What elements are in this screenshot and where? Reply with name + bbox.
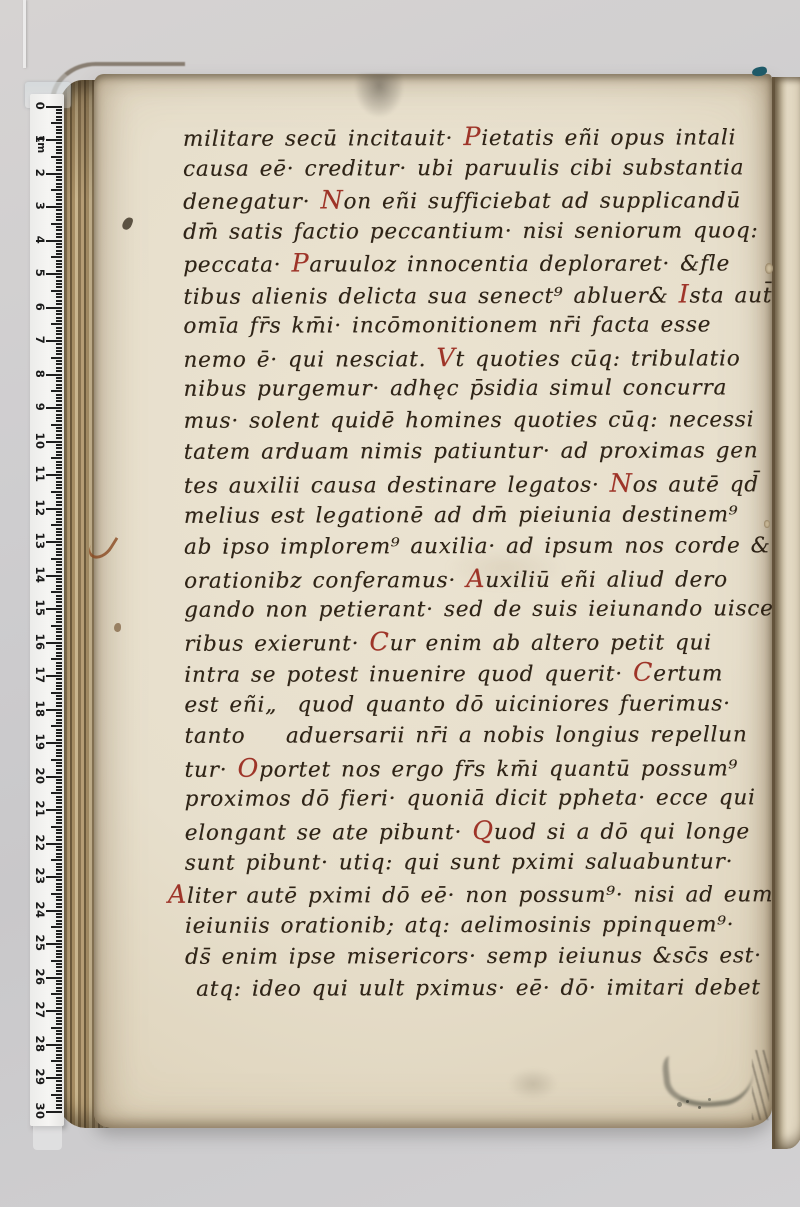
ruler-tick [51,558,62,560]
ruler-tick [56,796,63,798]
ruler-tick [56,816,63,818]
ruler-tick [56,183,63,185]
ruler-tick [51,156,62,158]
ruler-tick [56,755,63,757]
manuscript-line: nemo ē· qui nesciat. Vt quoties cūq: tri… [183,341,769,374]
ruler-tick [56,353,63,355]
ruler-tick [51,759,62,761]
ruler-tick [56,652,63,654]
ruler-tick [56,528,63,530]
ruler-tick [56,199,63,201]
ruler-tick [56,1047,63,1049]
ruler-number: 25 [33,932,47,954]
ruler-tick [56,665,63,667]
line-text: causa eē· creditur· ubi paruulis cibi su… [183,155,744,181]
ruler-tick [56,585,63,587]
ruler-tick [56,333,63,335]
ruler-tick [56,521,63,523]
ruler-tick [51,625,62,627]
line-text: peccata· [183,253,291,278]
ruler-number: 19 [33,731,47,753]
ruler-tick [51,256,62,258]
line-text: gando non petierant· sed de suis ieiunan… [184,596,774,623]
ruler-tick [56,417,63,419]
ruler-tick [56,732,63,734]
line-text: tibus alienis delicta sua senect⁹ abluer… [183,283,678,309]
ruler-tick [56,869,63,871]
ruler-number: 21 [33,798,47,820]
ruler-tick [56,920,63,922]
ruler-tick [56,789,63,791]
ruler-tick [56,360,63,362]
ruler-tick [56,832,63,834]
ruler-tick [56,430,63,432]
ruler-tick [56,186,63,188]
ruler-tick [56,889,63,891]
ruler-tick [56,722,63,724]
ruler-tick [56,605,63,607]
ruler-tick [56,829,63,831]
ruler-tick [56,752,63,754]
ruler-tail [33,1126,62,1150]
ruler-tick [56,370,63,372]
ruler-tick [56,467,63,469]
ruler-tick [56,779,63,781]
ruler-tick [56,380,63,382]
line-text: ur enim ab altero petit qui [390,630,712,656]
ruler-tick [56,1057,63,1059]
rubric-initial: V [436,342,455,372]
ruler-tick [51,290,62,292]
line-text: os autē qd̄ [633,472,759,497]
ruler-tick [56,662,63,664]
ruler-tick [51,424,62,426]
ruler-tick [46,642,62,644]
ruler-tick [56,132,63,134]
ruler-tick [56,819,63,821]
ruler-tick [56,561,63,563]
ruler-tick [56,715,63,717]
ruler-tick [46,407,62,409]
manuscript-line: mus· solent quidē homines quoties cūq: n… [184,404,770,437]
line-text: portet nos ergo fr̄s km̄i quantū possum⁹ [259,756,738,782]
line-text: ertum [653,662,723,687]
ruler-tick [56,1080,63,1082]
ruler-tick [51,826,62,828]
line-text: tur· [185,758,238,783]
ruler-tick [56,149,63,151]
ruler-tick [56,487,63,489]
line-text: t quoties cūq: tribulatio [455,346,740,372]
ruler-tick [56,209,63,211]
rubric-initial: A [168,879,187,909]
manuscript-line: peccata· Paruuloz innocentia deploraret·… [183,246,769,279]
line-text: nibus purgemur· adhęc p̄sidia simul conc… [184,376,728,402]
ruler-tick [51,189,62,191]
ruler-tick [56,987,63,989]
ruler-tick [46,1077,62,1079]
manuscript-line: Aliter autē pximi dō eē· non possum⁹· ni… [168,877,771,910]
ruler-number: 5 [33,262,47,284]
ruler-tick [56,668,63,670]
ruler-tick [56,745,63,747]
ruler-tick [56,1100,63,1102]
ruler-tick [56,631,63,633]
ruler-number: 28 [33,1033,47,1055]
ruler-tick [56,688,63,690]
ruler-tick [56,551,63,553]
ruler-tick [51,1094,62,1096]
ruler-tick [56,705,63,707]
ruler-tick [56,179,63,181]
ruler-number: 11 [33,463,47,485]
ruler-tick [56,109,63,111]
line-text: tes auxilii causa destinare legatos· [184,473,610,499]
ruler-tick [46,675,62,677]
ruler-tick [56,293,63,295]
line-text: mus· solent quidē homines quoties cūq: n… [184,407,755,433]
ruler-tick [56,233,63,235]
ruler-tick [56,484,63,486]
ruler-tick [56,266,63,268]
ruler-tick [56,377,63,379]
ruler-tick [56,511,63,513]
ruler-tick [46,843,62,845]
ruler-tick [56,166,63,168]
ruler-tick [46,943,62,945]
ruler-tick [56,554,63,556]
ruler-tick [56,1037,63,1039]
ruler-tick [56,853,63,855]
rubric-initial: C [633,657,653,687]
ruler-tick [56,300,63,302]
ruler-tick [56,152,63,154]
ruler-number: 18 [33,698,47,720]
ruler-tick [56,514,63,516]
ruler-tick [56,317,63,319]
ruler-tick [51,357,62,359]
ruler-number: 1 [33,128,47,150]
ruler-tick [56,1030,63,1032]
ruler-tick [51,993,62,995]
manuscript-line: tanto aduersarii nr̄i a nobis longius re… [184,720,770,753]
ruler-number: 14 [33,564,47,586]
ruler-tick [56,250,63,252]
ruler-tick [56,343,63,345]
ruler-tick [56,146,63,148]
line-text: ab ipso implorem⁹ auxilia· ad ipsum nos … [184,533,771,560]
ruler-tick [56,1050,63,1052]
ruler-tick [56,213,63,215]
ruler-tick [56,950,63,952]
ruler-tick [56,169,63,171]
line-text: sta aut̄ [689,283,772,308]
ruler-tick [56,564,63,566]
manuscript-photo: { "ruler": { "unit_label": "cm", "min": … [0,0,800,1207]
ruler-tick [56,1097,63,1099]
ruler-tick [56,538,63,540]
ruler-tick [56,229,63,231]
ruler-tick [56,327,63,329]
ruler-tick [56,283,63,285]
ruler-number: 3 [33,195,47,217]
ruler-tick [56,802,63,804]
ruler-tick [56,176,63,178]
ruler-tick [56,1084,63,1086]
ruler-tick [56,846,63,848]
ruler-tick [56,303,63,305]
ruler-tick [56,454,63,456]
ruler-tick [46,1044,62,1046]
ruler-tick [56,970,63,972]
ruler-tick [56,782,63,784]
line-text: ieiuniis orationib; atq: aelimosinis ppi… [185,912,734,938]
ruler-tick [56,618,63,620]
ruler-tick [51,1060,62,1062]
ruler-tick [51,524,62,526]
ruler-tick [56,836,63,838]
line-text: elongant se ate pibunt· [185,820,473,846]
ruler-tick [56,672,63,674]
line-text: nemo ē· qui nesciat. [183,347,436,373]
ruler-tick [51,457,62,459]
ruler-tick [56,494,63,496]
ruler-tick [56,886,63,888]
ruler-tick [56,719,63,721]
ruler-tick [56,739,63,741]
ruler-number: 10 [33,430,47,452]
ruler-tick [56,544,63,546]
ruler-tick [56,645,63,647]
line-text: ribus exierunt· [184,631,369,656]
manuscript-line: nibus purgemur· adhęc p̄sidia simul conc… [184,373,770,406]
ruler-tick [51,692,62,694]
ruler-tick [56,387,63,389]
manuscript-text-block: militare secū incitauit· Pietatis eñi op… [183,120,771,1005]
ruler-tick [56,946,63,948]
ruler-tick [56,400,63,402]
ruler-tick [56,729,63,731]
ruler-number: 22 [33,832,47,854]
ruler-tick [56,246,63,248]
ruler-tick [56,581,63,583]
manuscript-line: tibus alienis delicta sua senect⁹ abluer… [183,278,769,311]
ruler-tick [56,849,63,851]
rubric-initial: P [291,248,309,278]
ruler-tick [56,203,63,205]
ruler-tick [56,1023,63,1025]
ruler-tick [56,1074,63,1076]
ruler-tick [56,923,63,925]
ruler-tick [46,977,62,979]
ruler-tick [56,578,63,580]
ruler-tick [51,859,62,861]
ruler-number: 8 [33,363,47,385]
ruler-tick [56,243,63,245]
ruler-tick [56,601,63,603]
line-text: tatem arduam nimis patiuntur· ad proxima… [184,439,759,466]
ruler-tick [56,997,63,999]
ruler-tick [56,112,63,114]
ruler-tick [56,236,63,238]
line-text: liter autē pximi dō eē· non possum⁹· nis… [187,882,773,909]
manuscript-line: militare secū incitauit· Pietatis eñi op… [183,120,769,153]
ruler-tick [56,896,63,898]
ruler-tick [51,792,62,794]
ruler-tick [56,879,63,881]
ruler-tick [56,219,63,221]
manuscript-line: melius est legationē ad dm̄ pieiunia des… [184,499,770,532]
ruler-tick [56,1067,63,1069]
ruler-number: 6 [33,296,47,318]
ruler-number: 17 [33,664,47,686]
ruler-tick [46,776,62,778]
manuscript-line: atq: ideo qui uult pximus· eē· dō· imita… [196,972,771,1005]
ruler-tick [56,280,63,282]
ruler-tick [56,598,63,600]
ruler-tick [56,571,63,573]
ruler-tick [56,638,63,640]
ruler-tick [46,541,62,543]
ruler-tick [56,615,63,617]
ruler-tick [51,926,62,928]
ruler-tick [51,960,62,962]
ruler-tick [56,628,63,630]
facing-page-edge [772,77,800,1149]
rubric-initial: I [679,278,690,308]
ruler-tick [56,451,63,453]
ruler-tick [56,1040,63,1042]
manuscript-line: causa eē· creditur· ubi paruulis cibi su… [183,152,769,185]
ruler-tick [56,765,63,767]
ruler-tick [56,310,63,312]
manuscript-line: orationibz conferamus· Auxiliū eñi aliud… [184,562,770,595]
line-text: omīa fr̄s km̄i· incōmonitionem nr̄i fact… [183,313,711,339]
manuscript-line: tes auxilii causa destinare legatos· Nos… [184,467,770,500]
ruler-tick [56,786,63,788]
ruler-tick [56,866,63,868]
ruler-tick [56,956,63,958]
ruler-tick [46,307,62,309]
ruler-tick [56,933,63,935]
ruler-tick [46,374,62,376]
ruler-tick [56,159,63,161]
ruler-tick [46,709,62,711]
ruler-tick [56,531,63,533]
ruler-tick [46,273,62,275]
ruler-tick [56,762,63,764]
ruler-tick [56,930,63,932]
fold-bottom-marks [752,1050,769,1120]
ruler-tick [56,936,63,938]
ruler-tick [56,588,63,590]
ruler-tick [56,966,63,968]
ruler-number: 16 [33,631,47,653]
ruler-tick [56,990,63,992]
ruler-tick [56,481,63,483]
ruler-tick [56,695,63,697]
ruler-tick [56,806,63,808]
ruler-tick [56,129,63,131]
ruler-tick [56,471,63,473]
ruler-tick [56,682,63,684]
line-text: atq: ideo qui uult pximus· eē· dō· imita… [196,975,761,1001]
ruler-tick [56,116,63,118]
ruler-number: 24 [33,899,47,921]
ruler-tick [51,390,62,392]
rubric-initial: C [369,626,389,656]
ruler-tick [56,253,63,255]
ruler-tick [56,903,63,905]
ruler-tick [56,1104,63,1106]
ruler-tick [56,226,63,228]
ruler-tick [56,162,63,164]
ruler-tick [56,685,63,687]
ruler-tick [51,591,62,593]
manuscript-line: tatem arduam nimis patiuntur· ad proxima… [184,436,770,469]
ruler-tick [56,444,63,446]
ruler-tick [56,916,63,918]
ruler-tick [56,822,63,824]
ruler-tick [56,461,63,463]
ruler-tick [56,477,63,479]
line-text: tanto aduersarii nr̄i a nobis longius re… [184,723,747,749]
ruler-tick [56,1003,63,1005]
ruler-tick [51,323,62,325]
ruler-tick [56,437,63,439]
manuscript-line: est eñi„ quod quanto dō uiciniores fueri… [184,688,770,721]
ruler-tick [51,122,62,124]
line-text: denegatur· [183,190,320,215]
ruler-tick [56,347,63,349]
ruler-number: 27 [33,999,47,1021]
manuscript-line: denegatur· Non eñi sufficiebat ad suppli… [183,183,769,216]
ruler-tick [56,286,63,288]
margin-dot [114,623,121,632]
ruler-tick [46,206,62,208]
ruler: cm 0123456789101112131415161718192021222… [30,94,64,1126]
ruler-tick [56,119,63,121]
ruler-tick [46,240,62,242]
ruler-tick [56,1007,63,1009]
ruler-tick [56,410,63,412]
ruler-tick [56,611,63,613]
ruler-tick [46,1010,62,1012]
ruler-tick [51,491,62,493]
ruler-tick [46,139,62,141]
ruler-tick [46,575,62,577]
ruler-tick [56,260,63,262]
bottom-smudge [498,1062,568,1106]
ruler-tick [56,1064,63,1066]
ruler-tick [51,1027,62,1029]
line-text: on eñi sufficiebat ad supplicandū [343,188,741,214]
manuscript-line: ds̄ enim ipse misericors· semp ieiunus &… [185,940,771,973]
ruler-tick [56,799,63,801]
ruler-tick [56,883,63,885]
manuscript-line: tur· Oportet nos ergo fr̄s km̄i quantū p… [184,751,770,784]
line-text: est eñi„ quod quanto dō uiciniores fueri… [184,691,730,717]
ruler-tick [56,749,63,751]
ruler-number: 9 [33,396,47,418]
ruler-tick [56,735,63,737]
ruler-tick [46,106,62,108]
ruler-tick [56,548,63,550]
ruler-tick [46,742,62,744]
line-text: melius est legationē ad dm̄ pieiunia des… [184,502,738,528]
ruler-tick [56,568,63,570]
ruler-tick [56,963,63,965]
